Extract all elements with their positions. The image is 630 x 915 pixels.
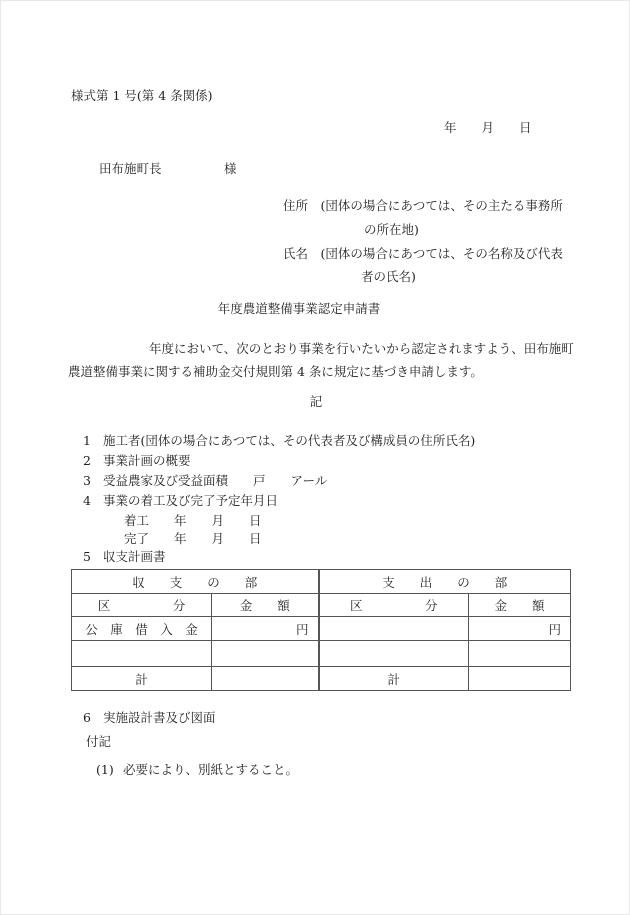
expense-section-header: 支 出 の 部 — [319, 570, 571, 594]
expense-category-empty-cell — [319, 641, 469, 667]
item-number: 6 — [83, 710, 103, 726]
budget-table: 収 支 の 部 支 出 の 部 区 分 金 額 区 分 金 額 公 庫 借 入 … — [71, 569, 571, 691]
expense-amount-header: 金 額 — [469, 594, 571, 617]
date-line: 年 月 日 — [444, 120, 532, 136]
list-item-3: 3受益農家及び受益面積 戸 アール — [83, 473, 327, 489]
loan-row-label: 公 庫 借 入 金 — [72, 617, 212, 641]
list-item-4: 4事業の着工及び完了予定年月日 — [83, 493, 278, 509]
appendix-note-text: 必要により、別紙とすること。 — [123, 762, 298, 777]
expense-yen-unit: 円 — [469, 617, 571, 641]
item-text: 実施設計書及び図面 — [103, 710, 216, 725]
list-item-2: 2事業計画の概要 — [83, 453, 191, 469]
expense-category-empty-cell — [319, 617, 469, 641]
form-number: 様式第 1 号(第 4 条関係) — [71, 88, 213, 104]
appendix-note-1: (1)必要により、別紙とすること。 — [96, 762, 298, 778]
income-category-empty-cell — [72, 641, 212, 667]
addressee-honorific: 様 — [224, 161, 237, 176]
income-yen-unit: 円 — [212, 617, 319, 641]
income-total-label: 計 — [72, 667, 212, 691]
record-marker: 記 — [1, 394, 630, 410]
addressee-line: 田布施町長 様 — [99, 161, 237, 177]
expense-total-empty-cell — [469, 667, 571, 691]
item-number: 5 — [83, 549, 103, 565]
document-page: 様式第 1 号(第 4 条関係) 年 月 日 田布施町長 様 住所 (団体の場合… — [0, 0, 630, 915]
body-paragraph-line1: 年度において、次のとおり事業を行いたいから認定されますよう、田布施町 — [149, 341, 574, 357]
list-item-6: 6実施設計書及び図面 — [83, 710, 216, 726]
item-text: 受益農家及び受益面積 戸 アール — [103, 473, 327, 488]
item-text: 施工者(団体の場合にあつては、その代表者及び構成員の住所氏名) — [103, 433, 475, 448]
expense-category-header: 区 分 — [319, 594, 469, 617]
item-text: 収支計画書 — [103, 549, 166, 564]
address-label-line2: の所在地) — [364, 222, 419, 238]
item-text: 事業の着工及び完了予定年月日 — [103, 493, 278, 508]
item-number: 4 — [83, 493, 103, 509]
list-item-5: 5収支計画書 — [83, 549, 166, 565]
appendix-note-number: (1) — [96, 762, 123, 778]
income-amount-empty-cell — [212, 641, 319, 667]
item-number: 2 — [83, 453, 103, 469]
completion-date-line: 完了 年 月 日 — [124, 531, 262, 547]
name-label-line2: 者の氏名) — [361, 269, 416, 285]
start-date-line: 着工 年 月 日 — [124, 513, 262, 529]
item-number: 3 — [83, 473, 103, 489]
item-number: 1 — [83, 433, 103, 449]
expense-amount-empty-cell — [469, 641, 571, 667]
addressee-gap — [162, 161, 225, 176]
appendix-label: 付記 — [86, 734, 111, 750]
body-paragraph-line2: 農道整備事業に関する補助金交付規則第 4 条に規定に基づき申請します。 — [68, 364, 483, 380]
name-label-line1: 氏名 (団体の場合にあつては、その名称及び代表 — [283, 246, 563, 262]
address-label-line1: 住所 (団体の場合にあつては、その主たる事務所 — [283, 198, 563, 214]
list-item-1: 1施工者(団体の場合にあつては、その代表者及び構成員の住所氏名) — [83, 433, 475, 449]
document-title: 年度農道整備事業認定申請書 — [0, 301, 614, 317]
item-text: 事業計画の概要 — [103, 453, 191, 468]
income-amount-header: 金 額 — [212, 594, 319, 617]
income-section-header: 収 支 の 部 — [72, 570, 319, 594]
expense-total-label: 計 — [319, 667, 469, 691]
income-category-header: 区 分 — [72, 594, 212, 617]
income-total-empty-cell — [212, 667, 319, 691]
addressee: 田布施町長 — [99, 161, 162, 176]
